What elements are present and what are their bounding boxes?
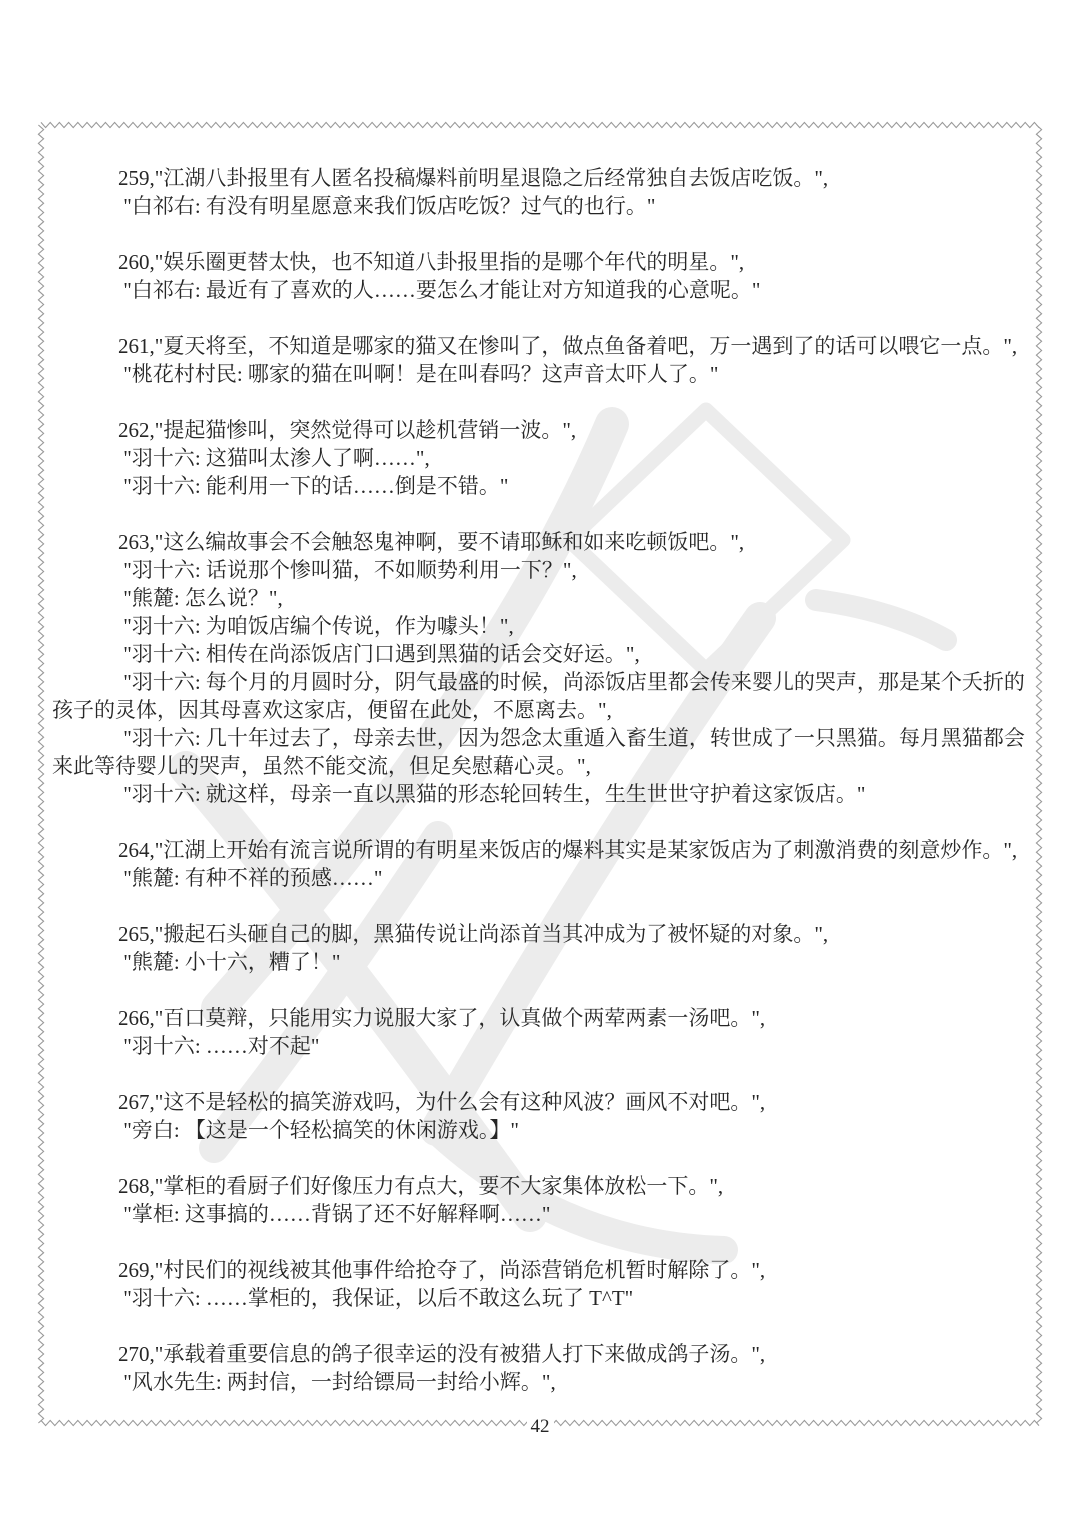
dialogue-line: "羽十六: ……对不起" [52, 1032, 1038, 1060]
narration-line: 268,"掌柜的看厨子们好像压力有点大，要不大家集体放松一下。", [52, 1172, 1038, 1200]
script-entry: 269,"村民们的视线被其他事件给抢夺了，尚添营销危机暂时解除了。", "羽十六… [52, 1256, 1038, 1312]
dialogue-line: "桃花村村民: 哪家的猫在叫啊！是在叫春吗？这声音太吓人了。" [52, 360, 1038, 388]
dialogue-line: "旁白: 【这是一个轻松搞笑的休闲游戏。】" [52, 1116, 1038, 1144]
dialogue-line: "掌柜: 这事搞的……背锅了还不好解释啊……" [52, 1200, 1038, 1228]
narration-line: 260,"娱乐圈更替太快，也不知道八卦报里指的是哪个年代的明星。", [52, 248, 1038, 276]
script-entry: 268,"掌柜的看厨子们好像压力有点大，要不大家集体放松一下。", "掌柜: 这… [52, 1172, 1038, 1228]
dialogue-line: "白祁右: 有没有明星愿意来我们饭店吃饭？过气的也行。" [52, 192, 1038, 220]
narration-line: 267,"这不是轻松的搞笑游戏吗，为什么会有这种风波？画风不对吧。", [52, 1088, 1038, 1116]
script-entry: 270,"承载着重要信息的鸽子很幸运的没有被猎人打下来做成鸽子汤。", "风水先… [52, 1340, 1038, 1396]
dialogue-line: "羽十六: 相传在尚添饭店门口遇到黑猫的话会交好运。", [52, 640, 1038, 668]
script-entry: 259,"江湖八卦报里有人匿名投稿爆料前明星退隐之后经常独自去饭店吃饭。", "… [52, 164, 1038, 220]
narration-line: 265,"搬起石头砸自己的脚，黑猫传说让尚添首当其冲成为了被怀疑的对象。", [52, 920, 1038, 948]
narration-line: 270,"承载着重要信息的鸽子很幸运的没有被猎人打下来做成鸽子汤。", [52, 1340, 1038, 1368]
script-entry: 260,"娱乐圈更替太快，也不知道八卦报里指的是哪个年代的明星。", "白祁右:… [52, 248, 1038, 304]
dialogue-line: "羽十六: 为咱饭店编个传说，作为噱头！", [52, 612, 1038, 640]
script-entry: 262,"提起猫惨叫，突然觉得可以趁机营销一波。", "羽十六: 这猫叫太渗人了… [52, 416, 1038, 500]
dialogue-line: "羽十六: 每个月的月圆时分，阴气最盛的时候，尚添饭店里都会传来婴儿的哭声，那是… [52, 668, 1038, 724]
dialogue-line: "羽十六: 这猫叫太渗人了啊……", [52, 444, 1038, 472]
dialogue-line: "羽十六: 就这样，母亲一直以黑猫的形态轮回转生，生生世世守护着这家饭店。" [52, 780, 1038, 808]
narration-line: 269,"村民们的视线被其他事件给抢夺了，尚添营销危机暂时解除了。", [52, 1256, 1038, 1284]
dialogue-line: "风水先生: 两封信，一封给镖局一封给小辉。", [52, 1368, 1038, 1396]
narration-line: 259,"江湖八卦报里有人匿名投稿爆料前明星退隐之后经常独自去饭店吃饭。", [52, 164, 1038, 192]
dialogue-line: "羽十六: 话说那个惨叫猫，不如顺势利用一下？", [52, 556, 1038, 584]
dialogue-line: "熊麓: 怎么说？", [52, 584, 1038, 612]
dialogue-line: "羽十六: ……掌柜的，我保证，以后不敢这么玩了 T^T" [52, 1284, 1038, 1312]
narration-line: 264,"江湖上开始有流言说所谓的有明星来饭店的爆料其实是某家饭店为了刺激消费的… [52, 836, 1038, 864]
dialogue-line: "羽十六: 能利用一下的话……倒是不错。" [52, 472, 1038, 500]
dialogue-line: "羽十六: 几十年过去了，母亲去世，因为怨念太重遁入畜生道，转世成了一只黑猫。每… [52, 724, 1038, 780]
dialogue-line: "熊麓: 小十六，糟了！" [52, 948, 1038, 976]
narration-line: 266,"百口莫辩，只能用实力说服大家了，认真做个两荤两素一汤吧。", [52, 1004, 1038, 1032]
page-number: 42 [527, 1416, 554, 1438]
script-entry: 263,"这么编故事会不会触怒鬼神啊，要不请耶稣和如来吃顿饭吧。", "羽十六:… [52, 528, 1038, 808]
narration-line: 262,"提起猫惨叫，突然觉得可以趁机营销一波。", [52, 416, 1038, 444]
script-content: 259,"江湖八卦报里有人匿名投稿爆料前明星退隐之后经常独自去饭店吃饭。", "… [52, 164, 1038, 1424]
document-page: { "document": { "page_number": "42" }, "… [0, 0, 1080, 1528]
narration-line: 263,"这么编故事会不会触怒鬼神啊，要不请耶稣和如来吃顿饭吧。", [52, 528, 1038, 556]
dialogue-line: "熊麓: 有种不祥的预感……" [52, 864, 1038, 892]
script-entry: 267,"这不是轻松的搞笑游戏吗，为什么会有这种风波？画风不对吧。", "旁白:… [52, 1088, 1038, 1144]
narration-line: 261,"夏天将至，不知道是哪家的猫又在惨叫了，做点鱼备着吧，万一遇到了的话可以… [52, 332, 1038, 360]
script-entry: 265,"搬起石头砸自己的脚，黑猫传说让尚添首当其冲成为了被怀疑的对象。", "… [52, 920, 1038, 976]
page-footer: 42 [0, 1416, 1080, 1438]
script-entry: 264,"江湖上开始有流言说所谓的有明星来饭店的爆料其实是某家饭店为了刺激消费的… [52, 836, 1038, 892]
script-entry: 261,"夏天将至，不知道是哪家的猫又在惨叫了，做点鱼备着吧，万一遇到了的话可以… [52, 332, 1038, 388]
script-entry: 266,"百口莫辩，只能用实力说服大家了，认真做个两荤两素一汤吧。", "羽十六… [52, 1004, 1038, 1060]
dialogue-line: "白祁右: 最近有了喜欢的人……要怎么才能让对方知道我的心意呢。" [52, 276, 1038, 304]
